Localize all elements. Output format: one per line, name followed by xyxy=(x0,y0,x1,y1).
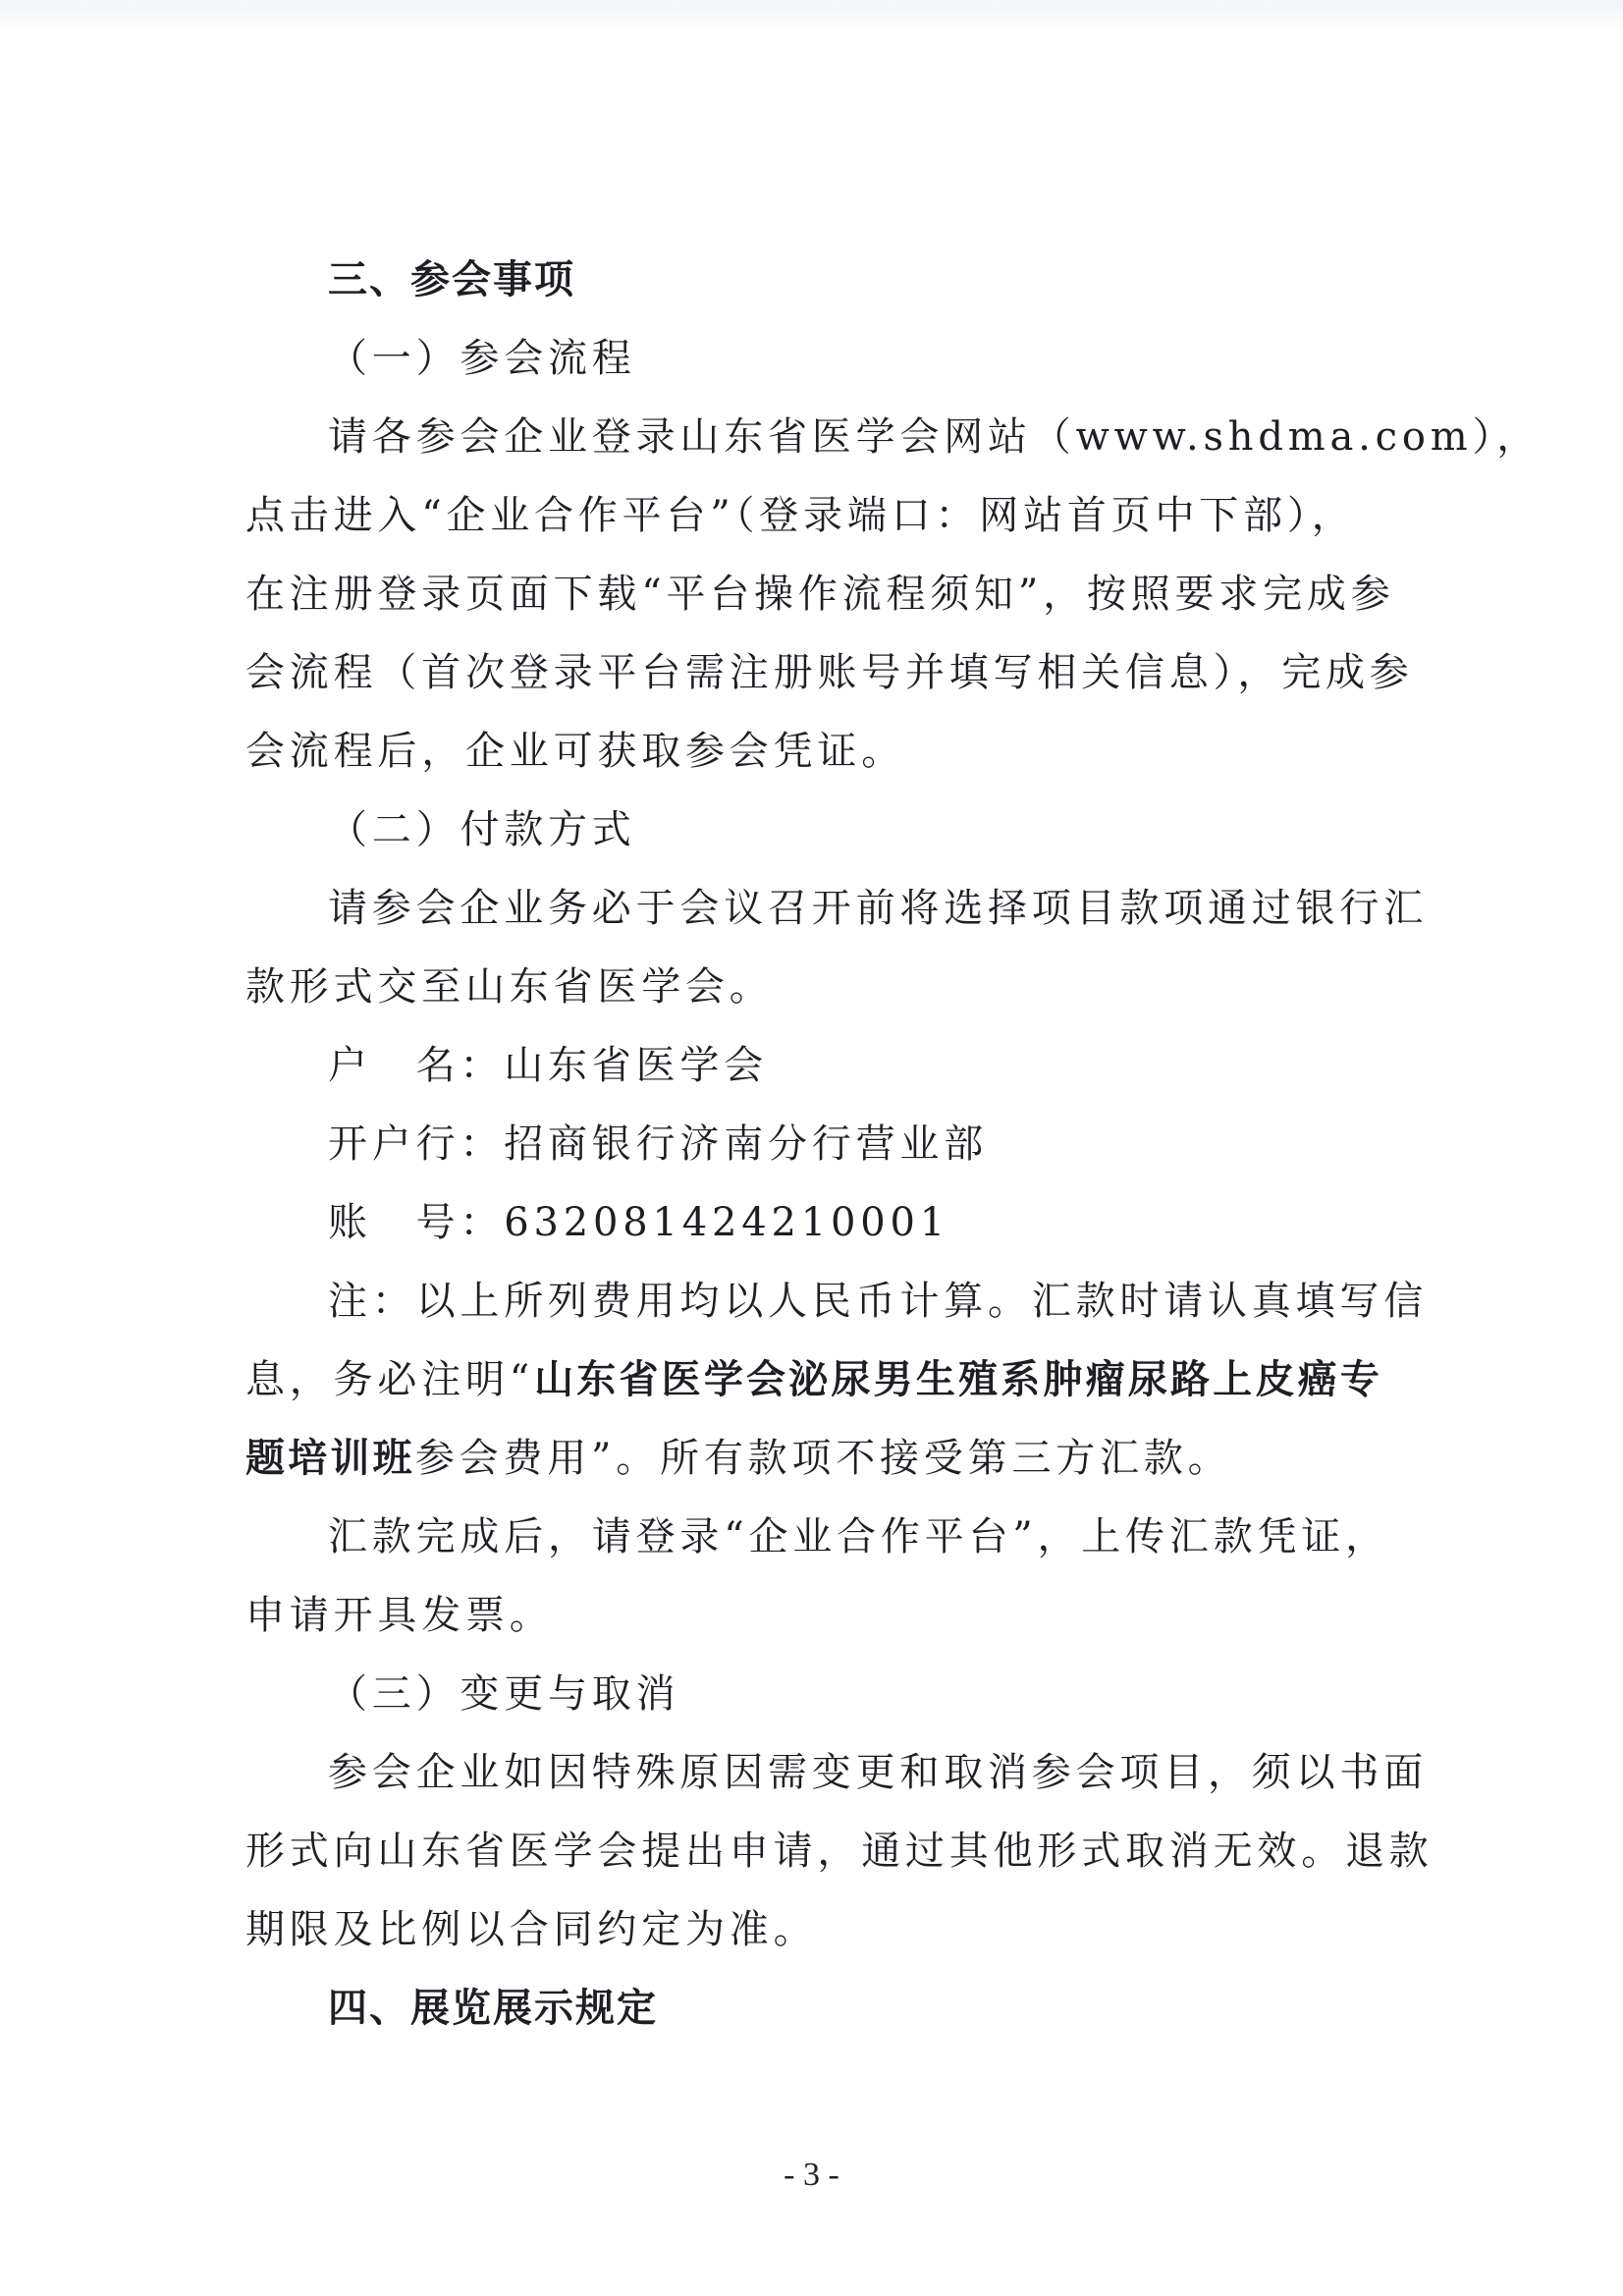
note-text: 息，务必注明“ xyxy=(245,1357,534,1402)
subheading-change-cancel: （三）变更与取消 xyxy=(328,1655,679,1733)
account-number-value: 632081424210001 xyxy=(504,1200,949,1245)
subheading-payment-method: （二）付款方式 xyxy=(328,791,636,869)
paragraph-line: 请各参会企业登录山东省医学会网站（www.shdma.com）， xyxy=(328,398,1541,476)
page-number: - 3 - xyxy=(0,2157,1623,2194)
paragraph-line: 请参会企业务必于会议召开前将选择项目款项通过银行汇 xyxy=(328,869,1428,948)
bank-row: 开户行：招商银行济南分行营业部 xyxy=(328,1105,988,1183)
section-heading-3: 三、参会事项 xyxy=(328,241,575,319)
scan-artifact xyxy=(0,0,1623,33)
paragraph-line: 在注册登录页面下载“平台操作流程须知”，按照要求完成参 xyxy=(245,555,1395,633)
training-course-name-cont: 题培训班 xyxy=(245,1436,415,1481)
bank-label: 开户行： xyxy=(328,1121,504,1167)
paragraph-line: 款形式交至山东省医学会。 xyxy=(245,948,774,1026)
training-course-name: 山东省医学会泌尿男生殖系肿瘤尿路上皮癌专 xyxy=(534,1357,1382,1402)
bank-value: 招商银行济南分行营业部 xyxy=(504,1121,988,1167)
subheading-participation-process: （一）参会流程 xyxy=(328,319,636,398)
note-line: 题培训班参会费用”。所有款项不接受第三方汇款。 xyxy=(245,1419,1231,1498)
paragraph-line: 汇款完成后，请登录“企业合作平台”，上传汇款凭证， xyxy=(328,1498,1389,1576)
account-number-row: 账 号：632081424210001 xyxy=(328,1183,949,1262)
account-name-row: 户 名：山东省医学会 xyxy=(328,1026,768,1105)
paragraph-line: 形式向山东省医学会提出申请，通过其他形式取消无效。退款 xyxy=(245,1812,1434,1890)
account-number-label: 账 号： xyxy=(328,1200,504,1245)
note-line: 注：以上所列费用均以人民币计算。汇款时请认真填写信 xyxy=(328,1262,1428,1340)
paragraph-line: 会流程后，企业可获取参会凭证。 xyxy=(245,712,905,791)
account-name-label: 户 名： xyxy=(328,1043,504,1088)
paragraph-line: 点击进入“企业合作平台”（登录端口：网站首页中下部）， xyxy=(245,476,1356,555)
note-line: 息，务必注明“山东省医学会泌尿男生殖系肿瘤尿路上皮癌专 xyxy=(245,1340,1382,1419)
paragraph-line: 申请开具发票。 xyxy=(245,1576,554,1655)
paragraph-line: 期限及比例以合同约定为准。 xyxy=(245,1890,817,1969)
section-heading-4: 四、展览展示规定 xyxy=(328,1969,658,2048)
note-text: 参会费用”。所有款项不接受第三方汇款。 xyxy=(415,1436,1232,1481)
paragraph-line: 会流程（首次登录平台需注册账号并填写相关信息），完成参 xyxy=(245,633,1414,712)
paragraph-line: 参会企业如因特殊原因需变更和取消参会项目，须以书面 xyxy=(328,1733,1428,1812)
account-name-value: 山东省医学会 xyxy=(504,1043,768,1088)
